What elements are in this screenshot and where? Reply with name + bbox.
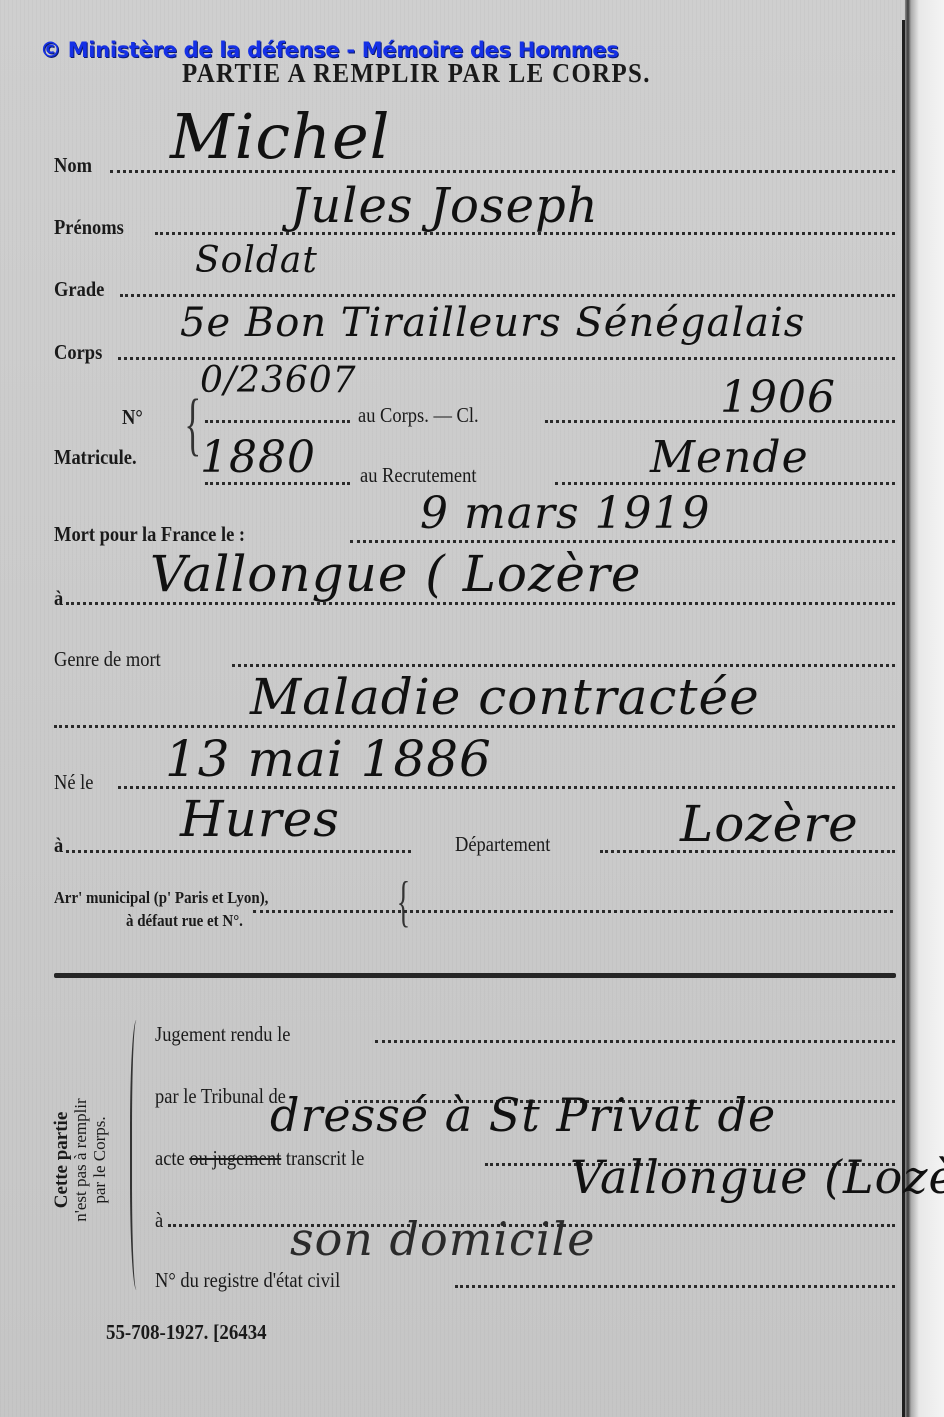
- genre-value: Maladie contractée: [250, 668, 760, 726]
- tribunal-label: par le Tribunal de: [155, 1084, 286, 1109]
- arr-line: [253, 910, 893, 913]
- arr-label-1: Arr' municipal (p' Paris et Lyon),: [54, 888, 268, 908]
- mort-a-label: à: [54, 586, 63, 611]
- side-note: Cette partie n'est pas à remplir par le …: [52, 1070, 109, 1250]
- judgment-brace: [130, 1020, 146, 1290]
- acte-struck: ou jugement: [189, 1146, 281, 1170]
- ne-a-value: Hures: [180, 790, 340, 848]
- matricule-label: Matricule.: [54, 445, 137, 470]
- margin-line: [902, 20, 905, 1417]
- jugement-line: [375, 1040, 895, 1043]
- acte-suffix: transcrit le: [286, 1146, 365, 1170]
- handwritten-line-2: Vallongue (Lozère: [570, 1150, 944, 1204]
- corps-label: Corps: [54, 340, 102, 365]
- acte-label: acte ou jugement transcrit le: [155, 1146, 364, 1171]
- grade-line: [120, 294, 895, 297]
- arr-label-2: à défaut rue et N°.: [126, 911, 243, 931]
- mort-a-value: Vallongue ( Lozère: [150, 545, 641, 603]
- departement-value: Lozère: [680, 795, 859, 853]
- grade-label: Grade: [54, 277, 104, 302]
- genre-label: Genre de mort: [54, 647, 161, 672]
- au-corps-line: [205, 420, 350, 423]
- ne-le-label: Né le: [54, 770, 94, 795]
- mort-label: Mort pour la France le :: [54, 522, 245, 547]
- classe-value: 1906: [720, 372, 836, 423]
- registre-line: [455, 1285, 895, 1288]
- prenoms-value: Jules Joseph: [290, 178, 599, 234]
- ne-a-line: [66, 850, 411, 853]
- recrutement-label: au Recrutement: [360, 463, 476, 488]
- arr-brace: {: [397, 870, 410, 934]
- recrutement-number: 1880: [200, 432, 316, 483]
- matricule-brace: {: [184, 385, 201, 465]
- jugement-label: Jugement rendu le: [155, 1022, 290, 1047]
- matricule-no-label: N°: [122, 405, 143, 430]
- ne-a-label: à: [54, 833, 63, 858]
- handwritten-line-3: son domicile: [290, 1212, 595, 1266]
- a-label: à: [155, 1208, 163, 1233]
- recrutement-place: Mende: [650, 432, 809, 483]
- side-note-line-2: n'est pas à remplir: [71, 1070, 90, 1250]
- form-heading: PARTIE A REMPLIR PAR LE CORPS.: [182, 58, 651, 89]
- ne-le-value: 13 mai 1886: [165, 730, 492, 788]
- registre-label: N° du registre d'état civil: [155, 1268, 340, 1293]
- au-corps-label: au Corps. — Cl.: [358, 403, 479, 428]
- handwritten-line-1: dressé à St Privat de: [270, 1088, 776, 1142]
- side-note-line-3: par le Corps.: [90, 1070, 109, 1250]
- genre-line-1: [232, 664, 895, 667]
- mort-value: 9 mars 1919: [420, 488, 711, 539]
- acte-prefix: acte: [155, 1146, 185, 1170]
- section-divider: [54, 973, 896, 978]
- mort-line: [350, 540, 895, 543]
- print-reference: 55-708-1927. [26434: [106, 1320, 267, 1345]
- copyright-watermark: © Ministère de la défense - Mémoire des …: [40, 38, 619, 62]
- corps-value: 5e Bon Tirailleurs Sénégalais: [180, 300, 805, 346]
- prenoms-label: Prénoms: [54, 215, 124, 240]
- au-corps-value: 0/23607: [200, 360, 357, 401]
- grade-value: Soldat: [195, 240, 318, 281]
- side-note-line-1: Cette partie: [52, 1070, 71, 1250]
- scan-edge: [905, 0, 944, 1417]
- departement-label: Département: [455, 832, 550, 857]
- nom-value: Michel: [170, 100, 391, 173]
- nom-label: Nom: [54, 153, 92, 178]
